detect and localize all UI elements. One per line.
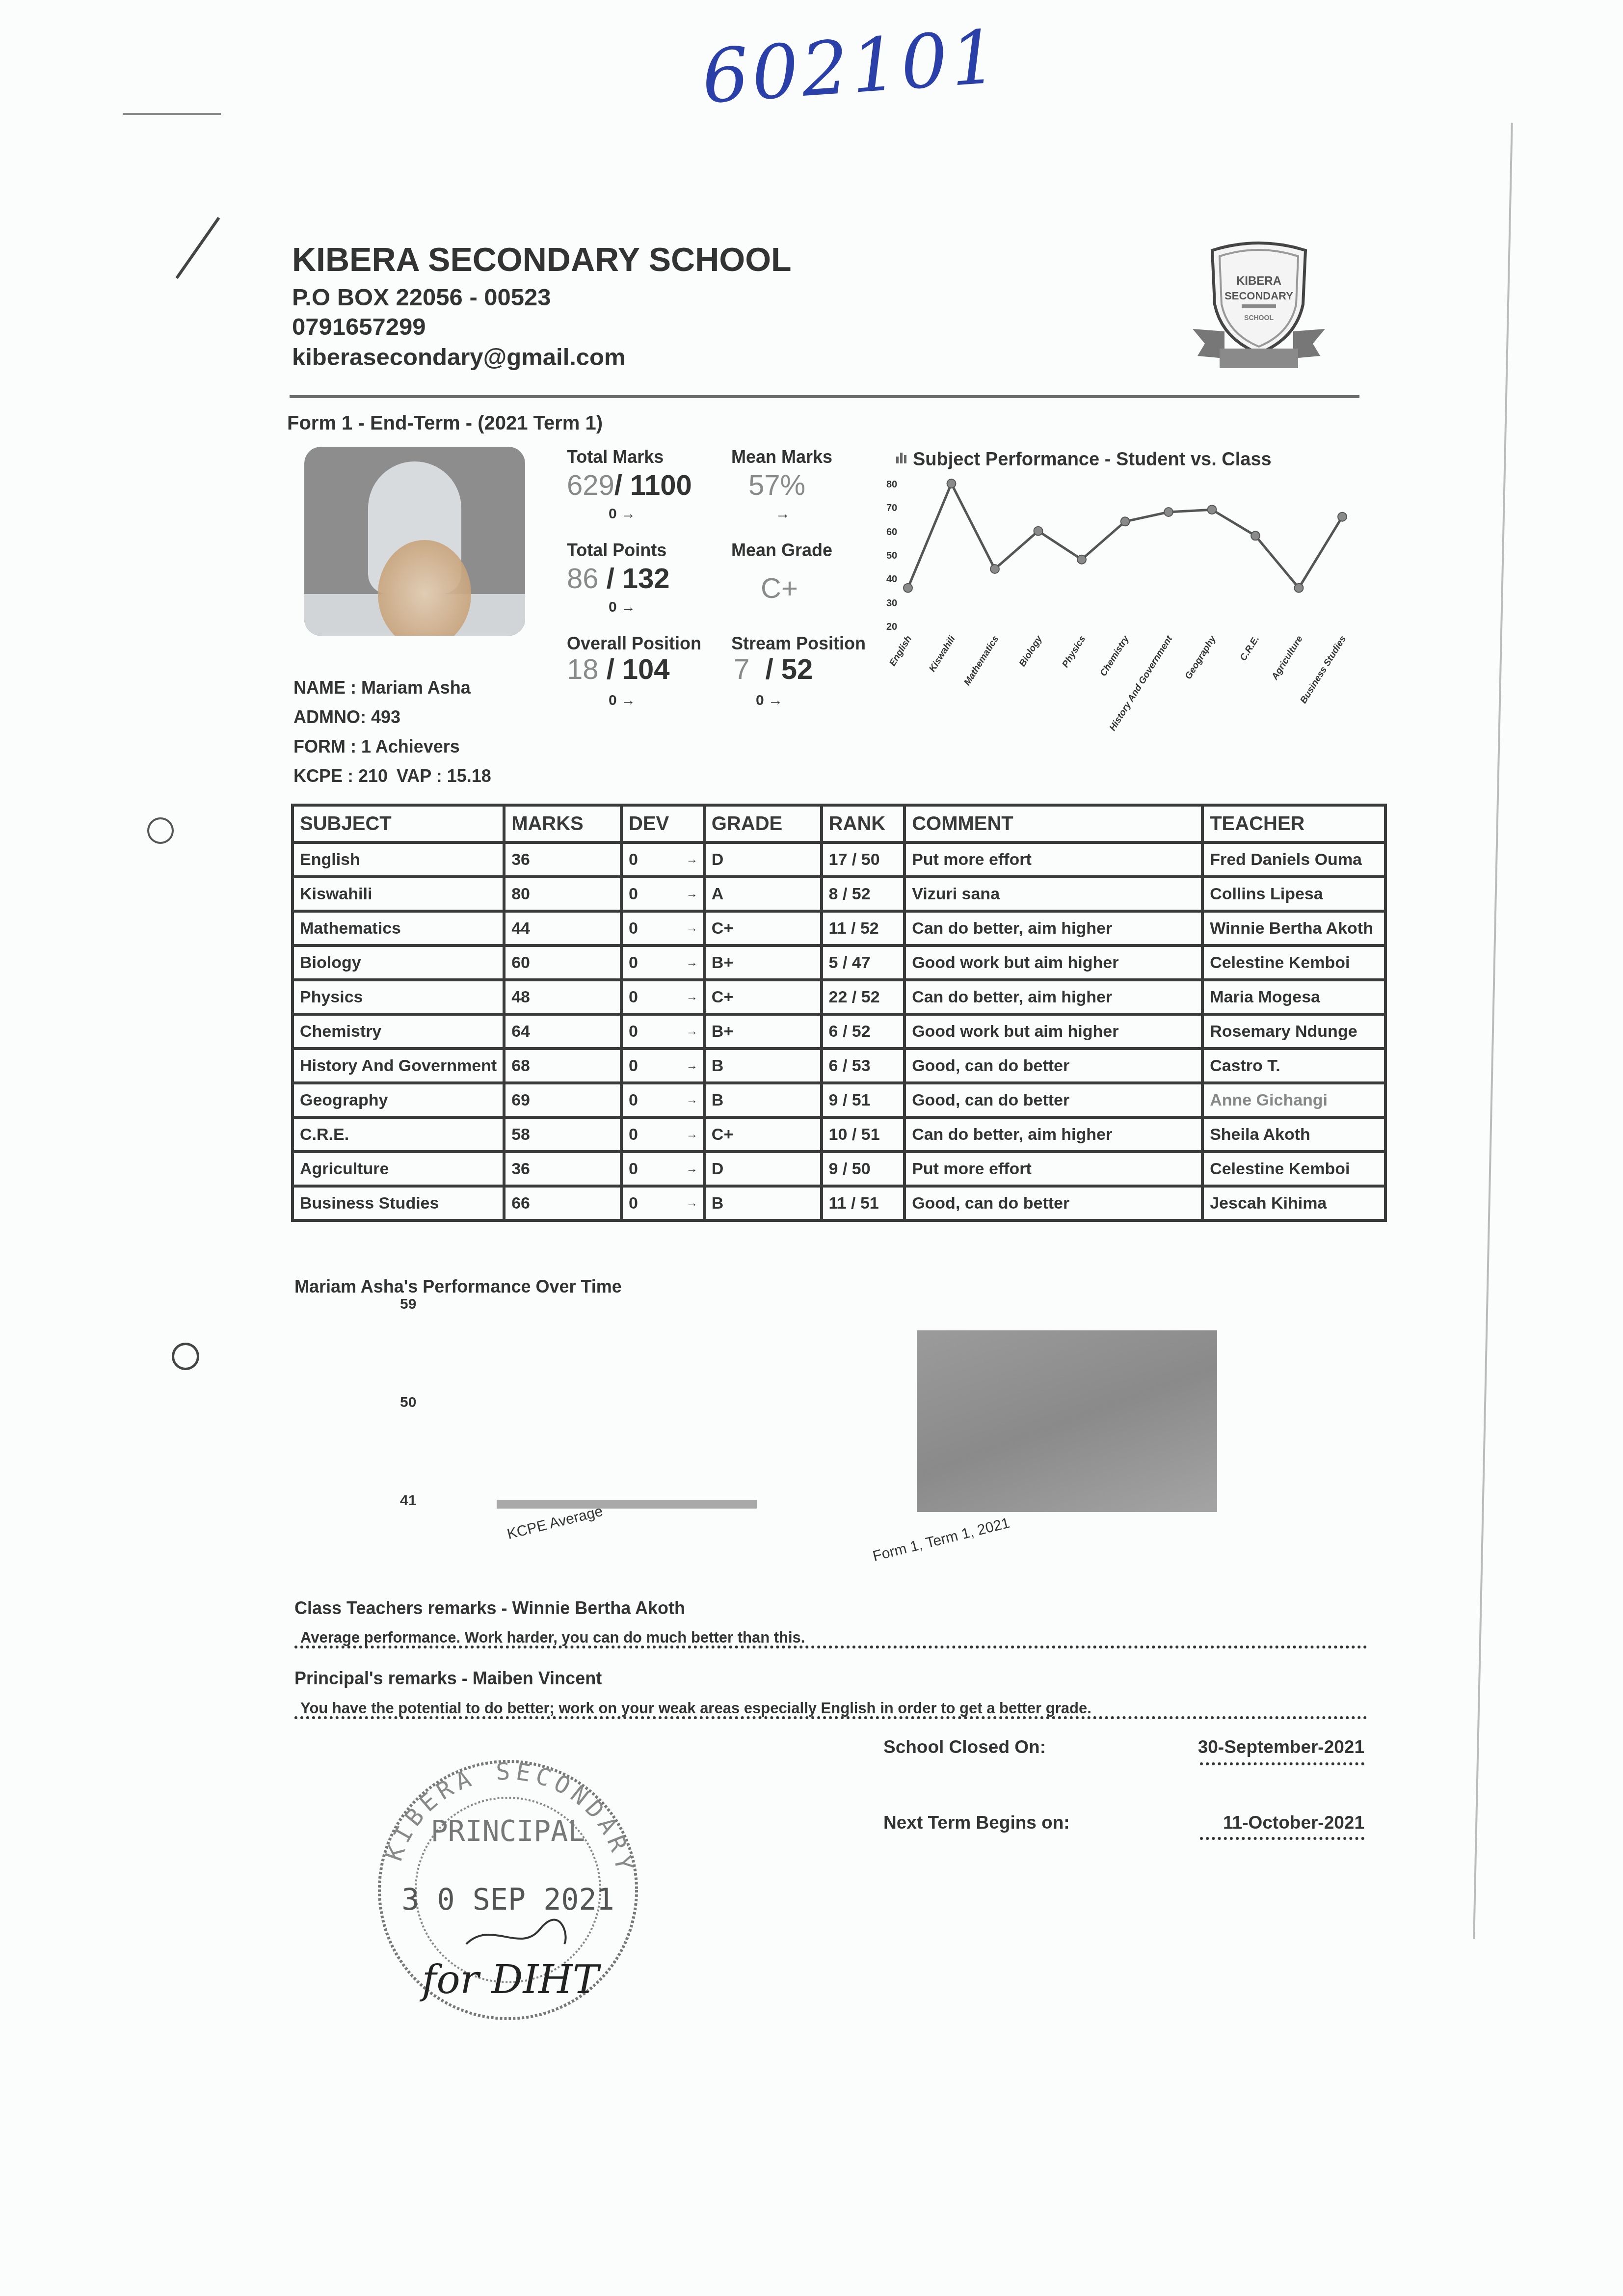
- marks-text: 58: [511, 1125, 530, 1144]
- total-points-out-of: / 132: [599, 563, 670, 594]
- mean-marks-label: Mean Marks: [731, 447, 832, 467]
- y-tick: 41: [400, 1492, 416, 1509]
- trend-arrow-icon: →: [686, 887, 698, 901]
- cell-teacher: Winnie Bertha Akoth: [1202, 911, 1385, 945]
- trend-arrow-icon: →: [686, 1196, 698, 1210]
- cell-marks: 36: [504, 842, 621, 877]
- data-point-marker: [1034, 527, 1043, 536]
- teacher-text: Celestine Kemboi: [1210, 1160, 1350, 1178]
- cell-comment: Good work but aim higher: [905, 1014, 1202, 1049]
- cell-dev: 0→: [621, 911, 704, 945]
- cell-rank: 10 / 51: [822, 1117, 905, 1152]
- dev-text: 0: [629, 1022, 638, 1041]
- total-marks-score: 629: [567, 469, 614, 501]
- cell-comment: Can do better, aim higher: [905, 911, 1202, 945]
- cell-grade: B: [704, 1083, 822, 1117]
- grade-text: B+: [712, 953, 733, 972]
- scan-artifact: [147, 817, 174, 844]
- cell-dev: 0→: [621, 1083, 704, 1117]
- dev-text: 0: [629, 850, 638, 869]
- table-row: Mathematics440→C+11 / 52Can do better, a…: [293, 911, 1385, 945]
- cell-marks: 64: [504, 1014, 621, 1049]
- date-underline: [1200, 1837, 1364, 1840]
- cell-dev: 0→: [621, 1186, 704, 1220]
- data-point-marker: [1208, 505, 1217, 514]
- cell-grade: A: [704, 877, 822, 911]
- total-marks-value: 629/ 1100: [567, 469, 692, 502]
- cell-subject: C.R.E.: [293, 1117, 504, 1152]
- cell-teacher: Maria Mogesa: [1202, 980, 1385, 1014]
- cell-rank: 5 / 47: [822, 945, 905, 980]
- data-point-marker: [990, 565, 999, 573]
- mean-marks-score: 57%: [748, 469, 805, 501]
- header-divider: [290, 395, 1359, 398]
- cell-comment: Put more effort: [905, 1152, 1202, 1186]
- subject-text: English: [300, 850, 360, 869]
- rank-text: 6 / 53: [829, 1056, 871, 1075]
- trend-arrow-icon: →: [686, 990, 698, 1004]
- rank-text: 10 / 51: [829, 1125, 880, 1144]
- teacher-text: Collins Lipesa: [1210, 885, 1323, 903]
- marks-text: 80: [511, 885, 530, 903]
- school-email: kiberasecondary@gmail.com: [292, 344, 626, 371]
- student-name: NAME : Mariam Asha: [293, 677, 471, 698]
- term-score-bar: [917, 1330, 1217, 1512]
- cell-teacher: Castro T.: [1202, 1049, 1385, 1083]
- data-point-marker: [1295, 584, 1304, 593]
- date-underline: [1200, 1762, 1364, 1765]
- table-row: Agriculture360→D9 / 50Put more effortCel…: [293, 1152, 1385, 1186]
- principal-remarks-heading: Principal's remarks - Maiben Vincent: [294, 1668, 602, 1689]
- x-category-label: English: [887, 634, 914, 668]
- handwritten-reference-number: 602101: [699, 14, 1003, 120]
- cell-marks: 69: [504, 1083, 621, 1117]
- stream-position-out-of: / 52: [749, 653, 813, 685]
- cell-comment: Good, can do better: [905, 1049, 1202, 1083]
- subject-text: Business Studies: [300, 1194, 439, 1213]
- cell-teacher: Celestine Kemboi: [1202, 1152, 1385, 1186]
- grade-text: B: [712, 1194, 724, 1213]
- column-header-rank: RANK: [822, 805, 905, 842]
- cell-comment: Can do better, aim higher: [905, 980, 1202, 1014]
- y-tick-label: 50: [886, 550, 897, 561]
- crest-line-3: SCHOOL: [1244, 314, 1274, 322]
- rank-text: 9 / 51: [829, 1091, 871, 1109]
- cell-subject: Biology: [293, 945, 504, 980]
- comment-text: Good, can do better: [912, 1091, 1069, 1109]
- cell-rank: 9 / 50: [822, 1152, 905, 1186]
- teacher-text: Winnie Bertha Akoth: [1210, 919, 1373, 938]
- rank-text: 8 / 52: [829, 885, 871, 903]
- dev-text: 0: [629, 988, 638, 1006]
- column-header-grade: GRADE: [704, 805, 822, 842]
- column-header-marks: MARKS: [504, 805, 621, 842]
- cell-marks: 80: [504, 877, 621, 911]
- cell-grade: D: [704, 1152, 822, 1186]
- comment-text: Put more effort: [912, 1160, 1032, 1178]
- grade-text: B+: [712, 1022, 733, 1041]
- cell-teacher: Jescah Kihima: [1202, 1186, 1385, 1220]
- stamp-date: 3 0 SEP 2021: [401, 1883, 614, 1917]
- rank-text: 22 / 52: [829, 988, 880, 1006]
- school-name: KIBERA SECONDARY SCHOOL: [292, 241, 792, 279]
- grade-text: B: [712, 1056, 724, 1075]
- cell-teacher: Sheila Akoth: [1202, 1117, 1385, 1152]
- table-row: English360→D17 / 50Put more effortFred D…: [293, 842, 1385, 877]
- grade-text: D: [712, 850, 724, 869]
- rank-text: 9 / 50: [829, 1160, 871, 1178]
- y-tick-label: 60: [886, 527, 897, 538]
- principal-stamp: KIBERA SECONDARY SCHOOL PRINCIPAL 3 0 SE…: [363, 1748, 653, 2023]
- table-header-row: SUBJECTMARKSDEVGRADERANKCOMMENTTEACHER: [293, 805, 1385, 842]
- crest-line-1: KIBERA: [1236, 274, 1281, 288]
- stamp-title: PRINCIPAL: [431, 1814, 585, 1848]
- school-closed-value: 30-September-2021: [1129, 1737, 1364, 1757]
- mean-grade-value: C+: [761, 572, 798, 605]
- table-row: Biology600→B+5 / 47Good work but aim hig…: [293, 945, 1385, 980]
- cell-grade: B: [704, 1049, 822, 1083]
- teacher-text: Jescah Kihima: [1210, 1194, 1327, 1213]
- data-point-marker: [1121, 517, 1130, 526]
- bar-chart-icon: [896, 451, 907, 464]
- trend-arrow-icon: →: [686, 1093, 698, 1107]
- cell-rank: 6 / 53: [822, 1049, 905, 1083]
- grade-text: A: [712, 885, 724, 903]
- total-marks-label: Total Marks: [567, 447, 664, 467]
- stream-position-value: 7 / 52: [734, 653, 813, 686]
- cell-grade: B+: [704, 945, 822, 980]
- grade-text: B: [712, 1091, 724, 1109]
- data-point-marker: [904, 584, 912, 593]
- cell-comment: Vizuri sana: [905, 877, 1202, 911]
- cell-subject: Kiswahili: [293, 877, 504, 911]
- subject-text: Geography: [300, 1091, 388, 1109]
- kcpe-average-bar: [497, 1500, 757, 1509]
- teacher-text: Anne Gichangi: [1210, 1091, 1328, 1109]
- trend-arrow-icon: →: [686, 1025, 698, 1038]
- remarks-divider: [294, 1716, 1367, 1719]
- cell-subject: English: [293, 842, 504, 877]
- scan-artifact: [123, 113, 221, 115]
- next-term-value: 11-October-2021: [1129, 1812, 1364, 1833]
- table-row: C.R.E.580→C+10 / 51Can do better, aim hi…: [293, 1117, 1385, 1152]
- total-points-score: 86: [567, 563, 599, 594]
- trend-arrow-icon: →: [686, 1162, 698, 1176]
- dev-text: 0: [629, 1125, 638, 1144]
- cell-subject: Mathematics: [293, 911, 504, 945]
- y-tick-label: 30: [886, 598, 897, 609]
- cell-marks: 68: [504, 1049, 621, 1083]
- subject-chart-title: Subject Performance - Student vs. Class: [913, 449, 1272, 470]
- x-category-label: Physics: [1060, 634, 1088, 670]
- comment-text: Vizuri sana: [912, 885, 1000, 903]
- y-tick-label: 40: [886, 574, 897, 585]
- marks-text: 68: [511, 1056, 530, 1075]
- trend-arrow-icon: →: [686, 1128, 698, 1141]
- subject-performance-chart: 20304050607080EnglishKiswahiliMathematic…: [883, 471, 1364, 746]
- y-tick-label: 70: [886, 503, 897, 513]
- cell-dev: 0→: [621, 980, 704, 1014]
- overall-position-score: 18: [567, 653, 599, 685]
- dev-text: 0: [629, 1056, 638, 1075]
- cell-subject: Agriculture: [293, 1152, 504, 1186]
- comment-text: Can do better, aim higher: [912, 1125, 1112, 1144]
- subject-text: C.R.E.: [300, 1125, 349, 1144]
- cell-comment: Good work but aim higher: [905, 945, 1202, 980]
- column-header-comment: COMMENT: [905, 805, 1202, 842]
- mean-grade-label: Mean Grade: [731, 540, 832, 561]
- y-tick-label: 80: [886, 479, 897, 490]
- student-admno: ADMNO: 493: [293, 707, 400, 728]
- subject-text: Mathematics: [300, 919, 401, 938]
- exam-title: Form 1 - End-Term - (2021 Term 1): [287, 412, 603, 434]
- comment-text: Can do better, aim higher: [912, 988, 1112, 1006]
- x-category-term: Form 1, Term 1, 2021: [871, 1515, 1011, 1565]
- results-table: SUBJECTMARKSDEVGRADERANKCOMMENTTEACHER E…: [291, 804, 1387, 1222]
- cell-comment: Put more effort: [905, 842, 1202, 877]
- comment-text: Good, can do better: [912, 1194, 1069, 1213]
- rank-text: 5 / 47: [829, 953, 871, 972]
- marks-text: 44: [511, 919, 530, 938]
- x-category-label: Biology: [1017, 633, 1044, 668]
- cell-dev: 0→: [621, 877, 704, 911]
- cell-grade: B: [704, 1186, 822, 1220]
- x-category-label: C.R.E.: [1238, 634, 1261, 663]
- cell-teacher: Collins Lipesa: [1202, 877, 1385, 911]
- crest-line-2: SECONDARY: [1224, 290, 1293, 302]
- x-category-label: Mathematics: [962, 634, 1001, 688]
- subject-text: Agriculture: [300, 1160, 389, 1178]
- marks-text: 69: [511, 1091, 530, 1109]
- cell-comment: Good, can do better: [905, 1186, 1202, 1220]
- cell-teacher: Celestine Kemboi: [1202, 945, 1385, 980]
- data-point-marker: [1338, 513, 1347, 521]
- cell-teacher: Fred Daniels Ouma: [1202, 842, 1385, 877]
- overall-position-label: Overall Position: [567, 633, 701, 654]
- dev-text: 0: [629, 919, 638, 938]
- cell-grade: B+: [704, 1014, 822, 1049]
- table-row: Physics480→C+22 / 52Can do better, aim h…: [293, 980, 1385, 1014]
- comment-text: Good work but aim higher: [912, 1022, 1118, 1041]
- cell-teacher: Anne Gichangi: [1202, 1083, 1385, 1117]
- dev-text: 0: [629, 885, 638, 903]
- teacher-text: Fred Daniels Ouma: [1210, 850, 1362, 869]
- school-closed-label: School Closed On:: [883, 1737, 1046, 1757]
- student-vap: VAP : 15.18: [397, 766, 491, 786]
- stream-position-label: Stream Position: [731, 633, 866, 654]
- student-form: FORM : 1 Achievers: [293, 736, 460, 757]
- data-point-marker: [947, 479, 956, 488]
- cell-dev: 0→: [621, 1117, 704, 1152]
- subject-text: History And Government: [300, 1056, 497, 1075]
- dev-text: 0: [629, 953, 638, 972]
- teacher-text: Celestine Kemboi: [1210, 953, 1350, 972]
- performance-over-time-title: Mariam Asha's Performance Over Time: [294, 1276, 622, 1297]
- cell-subject: Physics: [293, 980, 504, 1014]
- remarks-divider: [294, 1646, 1367, 1648]
- subject-text: Biology: [300, 953, 361, 972]
- cell-rank: 6 / 52: [822, 1014, 905, 1049]
- cell-grade: C+: [704, 980, 822, 1014]
- y-tick-label: 20: [886, 621, 897, 632]
- cell-subject: Chemistry: [293, 1014, 504, 1049]
- stream-position-trend: 0 →: [756, 692, 783, 709]
- x-category-label: Agriculture: [1270, 634, 1305, 682]
- cell-marks: 44: [504, 911, 621, 945]
- grade-text: C+: [712, 988, 733, 1006]
- mean-marks-value: 57%: [748, 469, 805, 502]
- marks-text: 66: [511, 1194, 530, 1213]
- cell-rank: 8 / 52: [822, 877, 905, 911]
- grade-text: D: [712, 1160, 724, 1178]
- cell-grade: C+: [704, 911, 822, 945]
- cell-teacher: Rosemary Ndunge: [1202, 1014, 1385, 1049]
- scan-artifact: [176, 217, 220, 279]
- x-category-label: Kiswahili: [927, 634, 958, 674]
- table-row: Business Studies660→B11 / 51Good, can do…: [293, 1186, 1385, 1220]
- cell-grade: D: [704, 842, 822, 877]
- total-marks-out-of: / 1100: [614, 469, 692, 501]
- marks-text: 64: [511, 1022, 530, 1041]
- dev-text: 0: [629, 1194, 638, 1213]
- y-tick: 59: [400, 1296, 416, 1313]
- column-header-teacher: TEACHER: [1202, 805, 1385, 842]
- cell-marks: 60: [504, 945, 621, 980]
- trend-arrow-icon: →: [686, 853, 698, 866]
- marks-text: 60: [511, 953, 530, 972]
- teacher-text: Maria Mogesa: [1210, 988, 1320, 1006]
- cell-subject: History And Government: [293, 1049, 504, 1083]
- cell-dev: 0→: [621, 1014, 704, 1049]
- total-points-label: Total Points: [567, 540, 666, 561]
- x-category-label: Chemistry: [1098, 633, 1132, 678]
- rank-text: 11 / 51: [829, 1194, 879, 1213]
- cell-marks: 66: [504, 1186, 621, 1220]
- principal-remarks-text: You have the potential to do better; wor…: [300, 1700, 1091, 1717]
- cell-comment: Good, can do better: [905, 1083, 1202, 1117]
- comment-text: Can do better, aim higher: [912, 919, 1112, 938]
- marks-text: 48: [511, 988, 530, 1006]
- x-category-label: Business Studies: [1298, 634, 1348, 705]
- cell-comment: Can do better, aim higher: [905, 1117, 1202, 1152]
- teacher-text: Sheila Akoth: [1210, 1125, 1310, 1144]
- trend-arrow-icon: →: [686, 956, 698, 970]
- cell-marks: 48: [504, 980, 621, 1014]
- cell-subject: Business Studies: [293, 1186, 504, 1220]
- cell-rank: 11 / 51: [822, 1186, 905, 1220]
- table-row: Kiswahili800→A8 / 52Vizuri sanaCollins L…: [293, 877, 1385, 911]
- trend-arrow-icon: →: [686, 1059, 698, 1073]
- cell-dev: 0→: [621, 1049, 704, 1083]
- school-address: P.O BOX 22056 - 00523: [292, 284, 551, 311]
- mean-grade-score: C+: [761, 572, 798, 604]
- student-photo: [304, 447, 525, 636]
- total-marks-trend: 0 →: [609, 506, 636, 522]
- subject-text: Chemistry: [300, 1022, 381, 1041]
- marks-text: 36: [511, 1160, 530, 1178]
- marks-text: 36: [511, 850, 530, 869]
- grade-text: C+: [712, 1125, 733, 1144]
- x-category-label: Geography: [1183, 633, 1219, 681]
- data-point-marker: [1077, 555, 1086, 564]
- student-kcpe: KCPE : 210: [293, 766, 388, 786]
- total-points-value: 86 / 132: [567, 562, 670, 595]
- table-row: Geography690→B9 / 51Good, can do betterA…: [293, 1083, 1385, 1117]
- x-category-kcpe: KCPE Average: [506, 1503, 605, 1543]
- column-header-dev: DEV: [621, 805, 704, 842]
- overall-position-value: 18 / 104: [567, 653, 670, 686]
- data-point-marker: [1164, 508, 1173, 516]
- dev-text: 0: [629, 1091, 638, 1109]
- class-teacher-remarks-text: Average performance. Work harder, you ca…: [300, 1629, 805, 1647]
- comment-text: Good, can do better: [912, 1056, 1069, 1075]
- next-term-label: Next Term Begins on:: [883, 1812, 1070, 1833]
- comment-text: Good work but aim higher: [912, 953, 1118, 972]
- rank-text: 11 / 52: [829, 919, 879, 938]
- rank-text: 17 / 50: [829, 850, 880, 869]
- data-point-marker: [1251, 531, 1260, 540]
- stream-position-score: 7: [734, 653, 749, 685]
- mean-marks-trend: →: [775, 506, 790, 522]
- teacher-text: Castro T.: [1210, 1056, 1280, 1075]
- rank-text: 6 / 52: [829, 1022, 871, 1041]
- grade-text: C+: [712, 919, 733, 938]
- cell-dev: 0→: [621, 842, 704, 877]
- dev-text: 0: [629, 1160, 638, 1178]
- cell-marks: 58: [504, 1117, 621, 1152]
- comment-text: Put more effort: [912, 850, 1032, 869]
- subject-text: Physics: [300, 988, 363, 1006]
- school-phone: 0791657299: [292, 313, 426, 341]
- cell-marks: 36: [504, 1152, 621, 1186]
- subject-text: Kiswahili: [300, 885, 372, 903]
- trend-arrow-icon: →: [686, 921, 698, 935]
- teacher-text: Rosemary Ndunge: [1210, 1022, 1357, 1041]
- column-header-subject: SUBJECT: [293, 805, 504, 842]
- school-crest-icon: KIBERA SECONDARY SCHOOL: [1178, 231, 1340, 378]
- table-row: History And Government680→B6 / 53Good, c…: [293, 1049, 1385, 1083]
- class-teacher-remarks-heading: Class Teachers remarks - Winnie Bertha A…: [294, 1598, 685, 1619]
- table-row: Chemistry640→B+6 / 52Good work but aim h…: [293, 1014, 1385, 1049]
- overall-position-out-of: / 104: [599, 653, 670, 685]
- cell-dev: 0→: [621, 945, 704, 980]
- stamp-signature: for DIHT: [420, 1957, 602, 2002]
- cell-rank: 9 / 51: [822, 1083, 905, 1117]
- y-tick: 50: [400, 1394, 416, 1411]
- scan-artifact: [1473, 123, 1513, 1939]
- cell-dev: 0→: [621, 1152, 704, 1186]
- cell-subject: Geography: [293, 1083, 504, 1117]
- scan-artifact: [172, 1343, 199, 1370]
- cell-rank: 17 / 50: [822, 842, 905, 877]
- cell-rank: 11 / 52: [822, 911, 905, 945]
- total-points-trend: 0 →: [609, 599, 636, 616]
- cell-rank: 22 / 52: [822, 980, 905, 1014]
- student-series-line: [908, 484, 1342, 588]
- cell-grade: C+: [704, 1117, 822, 1152]
- overall-position-trend: 0 →: [609, 692, 636, 709]
